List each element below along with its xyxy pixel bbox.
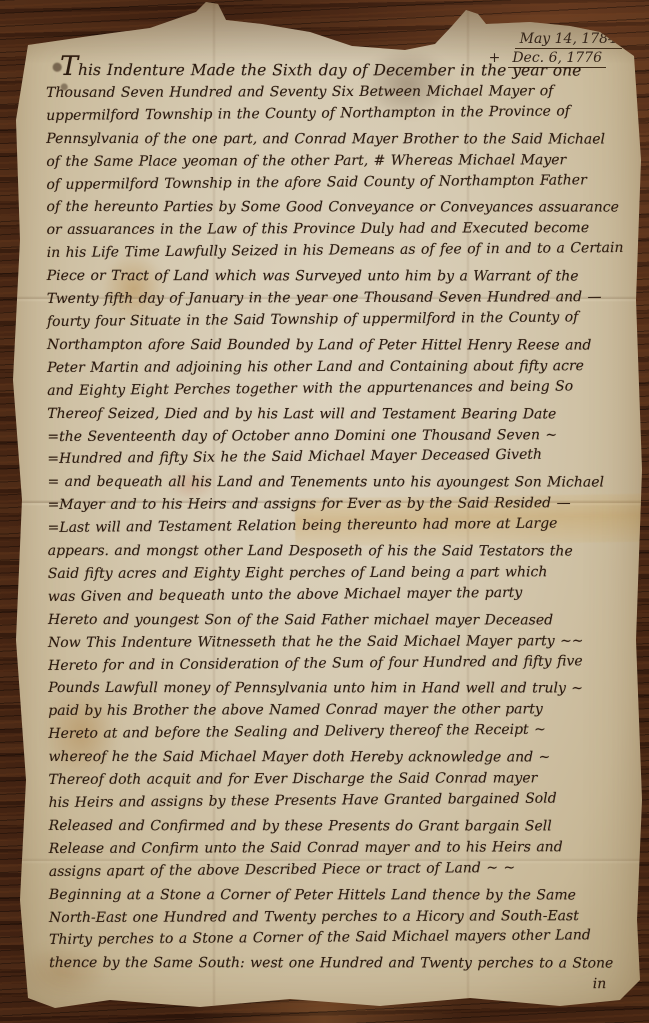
annotation-date-1-text: May 14, 1784 <box>515 31 622 49</box>
manuscript-line: =Last will and Testament Relation being … <box>48 512 623 540</box>
manuscript-line: Piece or Tract of Land which was Surveye… <box>47 265 622 288</box>
manuscript-line: of uppermilford Township in the afore Sa… <box>46 169 621 197</box>
manuscript-line: fourty four Situate in the Said Township… <box>47 306 622 334</box>
manuscript-line: appears. and mongst other Land Desposeth… <box>48 540 623 563</box>
manuscript-line: thence by the Same South: west one Hundr… <box>49 952 624 975</box>
manuscript-line: = and bequeath all his Land and Tenement… <box>47 471 622 494</box>
manuscript-line: in his Life Time Lawfully Seized in his … <box>47 237 622 265</box>
manuscript-line: Pounds Lawfull money of Pennsylvania unt… <box>48 677 623 700</box>
catchword: in <box>49 973 624 998</box>
manuscript-line: Hereto and youngest Son of the Said Fath… <box>48 609 623 632</box>
manuscript-line: Pennsylvania of the one part, and Conrad… <box>46 128 621 151</box>
manuscript-line: Thereof Seized, Died and by his Last wil… <box>47 403 622 426</box>
manuscript-line: assigns apart of the above Described Pie… <box>49 856 624 884</box>
annotation-date-1: May 14, 1784 <box>448 31 628 49</box>
manuscript-line: whereof he the Said Michael Mayer doth H… <box>48 746 623 769</box>
manuscript-line: Beginning at a Stone a Corner of Peter H… <box>49 884 624 907</box>
manuscript-line: uppermilford Township in the County of N… <box>46 100 621 128</box>
manuscript-line: =Hundred and fifty Six he the Said Micha… <box>47 443 622 471</box>
manuscript-line: of the hereunto Parties by Some Good Con… <box>47 196 622 219</box>
manuscript-line: and Eighty Eight Perches together with t… <box>47 375 622 403</box>
manuscript-line: was Given and bequeath unto the above Mi… <box>48 581 623 609</box>
manuscript-paper: May 14, 1784 +Dec. 6, 1776 This Indentur… <box>0 0 649 1023</box>
manuscript-text: This Indenture Made the Sixth day of Dec… <box>46 55 624 998</box>
manuscript-line: Released and Confirmed and by these Pres… <box>49 815 624 838</box>
manuscript-line: Thirty perches to a Stone a Corner of th… <box>49 924 624 952</box>
manuscript-line: Hereto for and in Consideration of the S… <box>48 650 623 678</box>
manuscript-line: Hereto at and before the Sealing and Del… <box>48 718 623 746</box>
manuscript-line: Northampton afore Said Bounded by Land o… <box>47 334 622 357</box>
manuscript-line: This Indenture Made the Sixth day of Dec… <box>46 57 621 82</box>
manuscript-line: his Heirs and assigns by these Presents … <box>49 787 624 815</box>
wood-table-background: May 14, 1784 +Dec. 6, 1776 This Indentur… <box>0 0 649 1023</box>
